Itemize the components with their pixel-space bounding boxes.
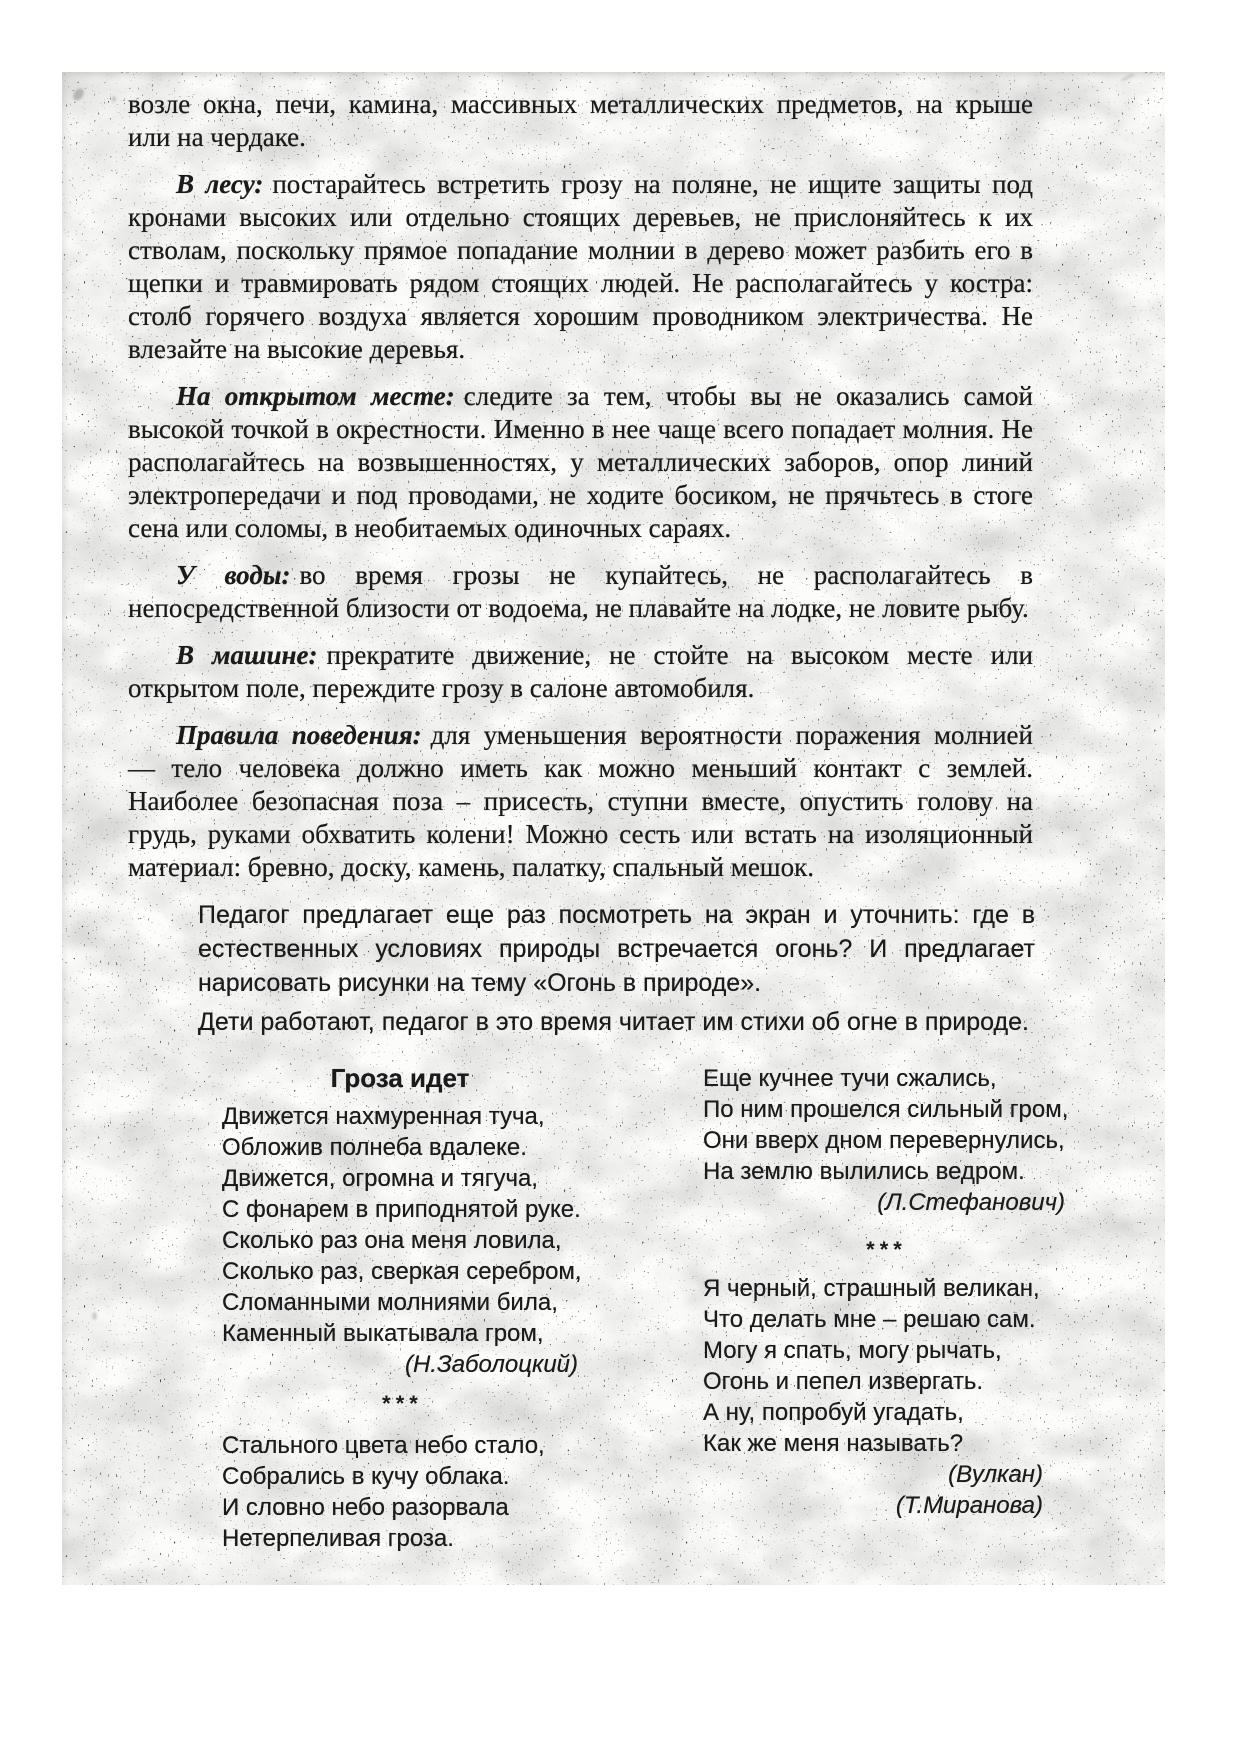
poem-line: Нетерпеливая гроза. [222, 1523, 578, 1554]
poem-line: Сломанными молниями била, [222, 1287, 578, 1318]
poem-line: На землю вылились ведром. [703, 1156, 1065, 1187]
poem-line: Огонь и пепел извергать. [703, 1366, 1065, 1397]
poem-title: Гроза идет [222, 1063, 578, 1093]
poem-line: Как же меня называть? [703, 1428, 1065, 1459]
scan-edge-shadow-left [62, 72, 69, 1585]
poem-line: Обложив полнеба вдалеке. [222, 1132, 578, 1163]
poem-line: Движется, огромна и тягуча, [222, 1163, 578, 1194]
body-paragraph: возле окна, печи, камина, массивных мета… [128, 88, 1033, 154]
poem-column-left: Гроза идет Движется нахмуренная туча, Об… [222, 1063, 578, 1554]
poem-line: Сколько раз она меня ловила, [222, 1225, 578, 1256]
poem-line: И словно небо разорвала [222, 1492, 578, 1523]
poem-line: Что делать мне – решаю сам. [703, 1304, 1065, 1335]
body-paragraph: В лесу:постарайтесь встретить грозу на п… [128, 168, 1033, 366]
poem-attribution: (Л.Стефанович) [703, 1187, 1065, 1218]
poem-line: Стального цвета небо стало, [222, 1430, 578, 1461]
body-paragraph: У воды:во время грозы не купайтесь, не р… [128, 559, 1033, 625]
poem-line: Каменный выкатывала гром, [222, 1318, 578, 1349]
scan-edge-shadow [62, 72, 1165, 81]
poem-attribution: (Т.Миранова) [703, 1490, 1065, 1521]
paragraph-text: возле окна, печи, камина, массивных мета… [128, 89, 1033, 152]
scanned-document-page: возле окна, печи, камина, массивных мета… [0, 0, 1240, 1754]
paragraph-lead: Правила поведения: [176, 720, 422, 750]
poem-line: С фонарем в приподнятой руке. [222, 1194, 578, 1225]
stanza-separator: *** [222, 1388, 578, 1419]
body-paragraph: Правила поведения:для уменьшения вероятн… [128, 719, 1033, 884]
scan-smudge [71, 87, 86, 103]
poem-line: Я черный, страшный великан, [703, 1273, 1065, 1304]
poem-line: По ним прошелся сильный гром, [703, 1094, 1065, 1125]
poem-column-right: Еще кучнее тучи сжались, По ним прошелся… [703, 1063, 1065, 1521]
body-paragraph: На открытом месте:следите за тем, чтобы … [128, 380, 1033, 545]
poem-line: Движется нахмуренная туча, [222, 1101, 578, 1132]
poem-line: Собрались в кучу облака. [222, 1461, 578, 1492]
teacher-paragraph: Дети работают, педагог в это время читае… [198, 1005, 1035, 1039]
paragraph-lead: На открытом месте: [176, 381, 455, 411]
poem-line: Сколько раз, сверкая серебром, [222, 1256, 578, 1287]
poems-section: Гроза идет Движется нахмуренная туча, Об… [222, 1063, 1033, 1554]
scan-region: возле окна, печи, камина, массивных мета… [62, 72, 1165, 1585]
stanza-separator: *** [703, 1234, 1065, 1265]
paragraph-lead: У воды: [176, 560, 290, 590]
poem-line: Еще кучнее тучи сжались, [703, 1063, 1065, 1094]
body-paragraph: В машине:прекратите движение, не стойте … [128, 639, 1033, 705]
teacher-paragraph: Педагог предлагает еще раз посмотреть на… [198, 898, 1035, 1000]
poem-line: Они вверх дном перевернулись, [703, 1125, 1065, 1156]
scan-smudge [112, 96, 116, 102]
paragraph-lead: В лесу: [176, 169, 263, 199]
scan-smudge [92, 1312, 97, 1320]
poem-attribution: (Вулкан) [703, 1459, 1065, 1490]
page-content: возле окна, печи, камина, массивных мета… [128, 88, 1033, 1554]
poem-line: Могу я спать, могу рычать, [703, 1335, 1065, 1366]
poem-attribution: (Н.Заболоцкий) [222, 1349, 578, 1380]
paragraph-lead: В машине: [176, 640, 317, 670]
teacher-note-block: Педагог предлагает еще раз посмотреть на… [198, 898, 1035, 1039]
paragraph-text: постарайтесь встретить грозу на поляне, … [128, 169, 1033, 364]
poem-line: А ну, попробуй угадать, [703, 1397, 1065, 1428]
